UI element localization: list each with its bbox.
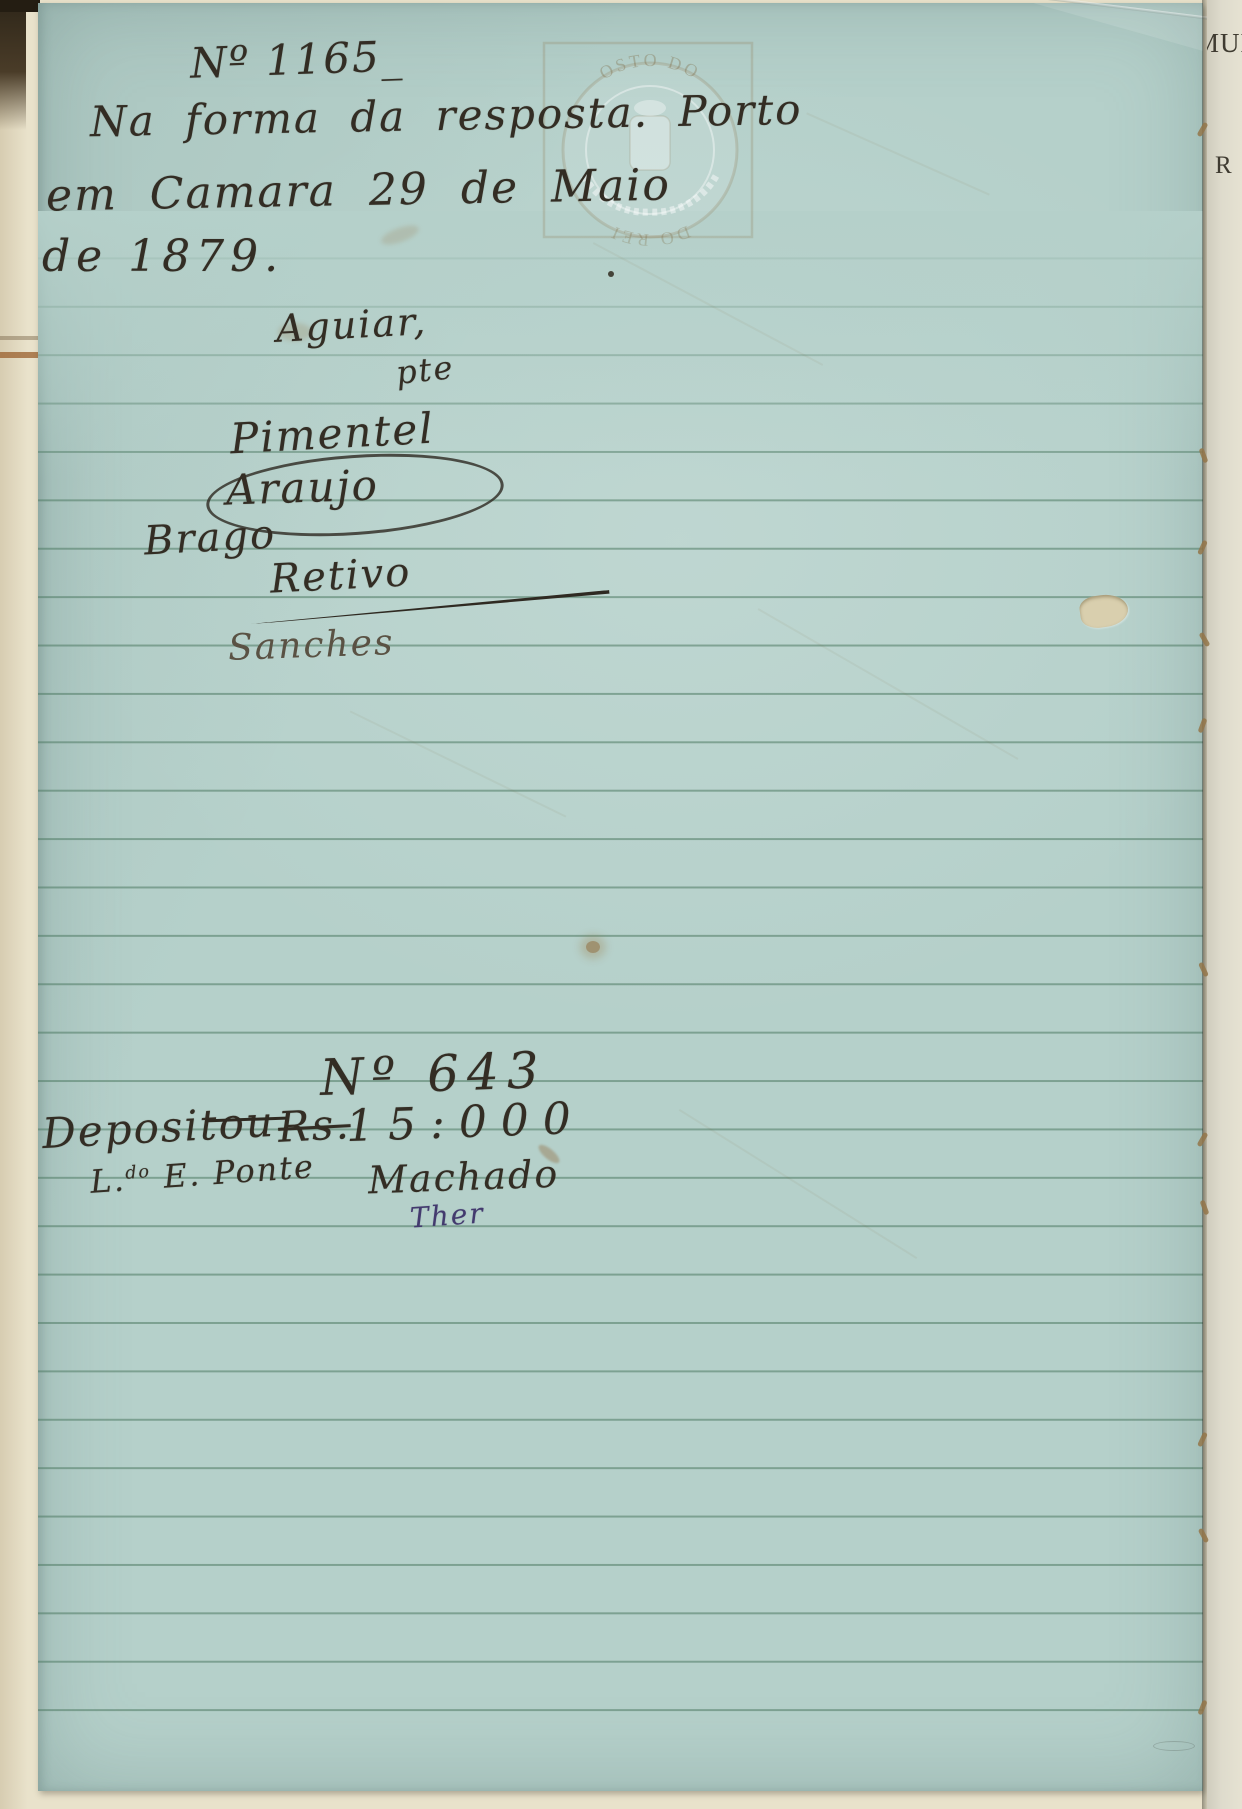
underlying-pages-edge — [0, 0, 40, 1809]
signature-sanches: Sanches — [227, 622, 395, 669]
book-spine-shadow — [0, 0, 26, 130]
pencil-mark — [1153, 1741, 1195, 1751]
ledger-page: OSTO DO DO REI Nº 1165_ Na forma da resp… — [38, 3, 1203, 1791]
currency-abbrev-struck: Rs. — [277, 1099, 352, 1152]
signature-araujo: Araujo — [225, 460, 379, 514]
printed-fragment-top: MUN — [1207, 28, 1242, 59]
fly-speck — [608, 271, 614, 277]
underlying-page-edge-line — [0, 336, 40, 340]
embossed-revenue-seal: OSTO DO DO REI — [540, 38, 760, 246]
clerk-prefix: L. — [89, 1160, 127, 1200]
signature-brago: Brago — [143, 512, 277, 565]
resolution-line-3: de 1879. — [42, 231, 284, 282]
resolution-line-2: em Camara 29 de Maio — [46, 160, 672, 222]
document-number-1165: Nº 1165_ — [189, 31, 404, 87]
adjacent-page-edge: MUN R — [1207, 0, 1242, 1809]
treasurer-title-abbrev: Ther — [409, 1196, 486, 1234]
signature-aguiar: Aguiar, — [275, 299, 428, 351]
signature-presidente-abbrev: pte — [394, 348, 456, 392]
signature-retivo: Retivo — [269, 549, 413, 602]
archival-photo: OSTO DO DO REI Nº 1165_ Na forma da resp… — [0, 0, 1242, 1809]
deposit-amount: 15:000 — [345, 1093, 585, 1152]
ink-stain — [586, 941, 600, 953]
clerk-superscript: do — [125, 1162, 152, 1184]
treasurer-signature: Machado — [367, 1152, 560, 1203]
underlying-page-edge-line-brown — [0, 352, 40, 358]
book-edge-dark — [0, 0, 40, 12]
printed-fragment-side: R — [1215, 152, 1232, 180]
